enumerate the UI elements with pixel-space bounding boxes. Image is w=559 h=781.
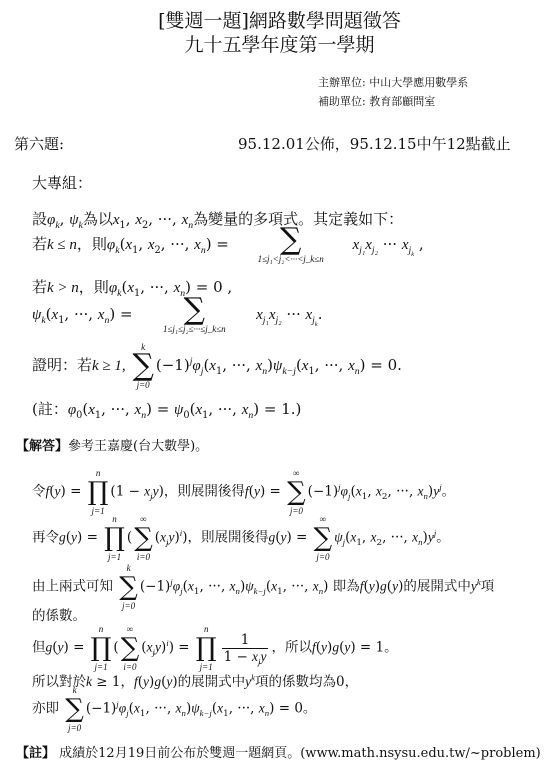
solution-line-f: 令f(y) = n∏j=1(1 − xjy)，則展開後得f(y) = ∞∑j=0…: [32, 468, 455, 516]
solution-line-coefficient-cont: 的係數。: [32, 604, 86, 624]
prove-statement: 證明：若k ≥ 1, k∑j=0(−1)jφj(x1, ···, xn)ψk−j…: [32, 342, 402, 390]
footer-note: 【註】 成績於12月19日前公布於雙週一題網頁。(www.math.nsysu.…: [16, 742, 541, 761]
solution-line-product: 但g(y) = n∏j=1(∞∑i=0(xjy)i) = n∏j=111 − x…: [32, 624, 398, 672]
title-line-2: 九十五學年度第一學期: [0, 30, 559, 57]
solution-line-coefficient: 由上兩式可知 k∑j=0(−1)jφj(x1, ···, xn)ψk−j(x1,…: [32, 563, 494, 611]
problem-note: (註：φ0(x1, ···, xn) = ψ0(x1, ···, xn) = 1…: [32, 398, 301, 419]
solution-line-final: 亦即 k∑j=0(−1)jφj(x1, ···, xn)ψk−j(x1, ···…: [32, 685, 316, 733]
solution-line-g: 再令g(y) = n∏j=1(∞∑i=0(xjy)i)，則展開後得g(y) = …: [32, 514, 450, 562]
co-organizer: 補助單位: 教育部顧問室: [318, 93, 435, 109]
organizer: 主辦單位: 中山大學應用數學系: [318, 74, 468, 90]
solution-heading: 【解答】參考王嘉慶(台大數學)。: [16, 435, 208, 454]
problem-dates: 95.12.01公佈，95.12.15中午12點截止: [238, 133, 511, 154]
group-label: 大專組：: [32, 172, 92, 193]
problem-number: 第六題:: [14, 133, 64, 154]
title-line-1: [雙週一題]網路數學問題徵答: [0, 6, 559, 33]
definition-phi-le: 若k ≤ n，則φk(x1, x2, ···, xn) = ∑1≤j₁<j₂<·…: [32, 226, 424, 264]
footer-text: 成績於12月19日前公布於雙週一題網頁。(www.math.nsysu.edu.…: [59, 746, 541, 761]
definition-psi: ψk(x1, ···, xn) = ∑1≤j₁≤j₂≤···≤j_k≤n xj₁…: [32, 296, 322, 334]
